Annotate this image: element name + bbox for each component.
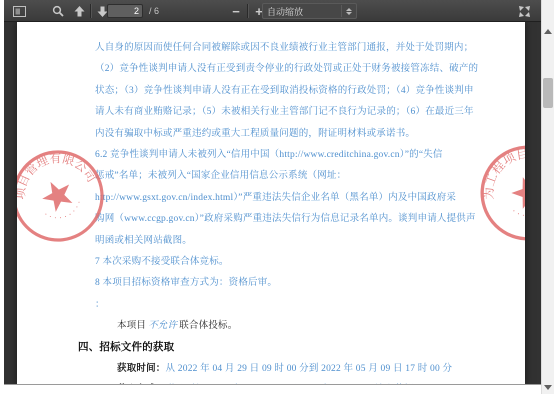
page-up-icon <box>74 6 85 17</box>
presentation-mode-button[interactable] <box>514 2 534 20</box>
acquire-time-label: 获取时间： <box>117 364 166 374</box>
search-button[interactable] <box>48 2 68 20</box>
page-number-input[interactable] <box>107 4 143 18</box>
doc-line: 7 本次采购不接受联合体竞标。 <box>95 252 479 273</box>
doc-line: ： <box>95 295 479 316</box>
zoom-out-label: − <box>232 5 240 18</box>
doc-line-acquire-time: 获取时间：从 2022 年 04 月 29 日 09 时 00 分到 2022 … <box>95 359 479 380</box>
doc-line: 请人未有商业贿赂记录；（5）未被相关行业主管部门记不良行为记录的；（6）在最近三… <box>95 102 479 123</box>
vertical-scrollbar[interactable] <box>541 0 554 394</box>
page-down-icon <box>97 6 108 17</box>
previous-page-button[interactable] <box>69 2 89 20</box>
doc-line: 惩戒”名单；未被列入“国家企业信用信息公示系统（网址： <box>95 166 479 187</box>
allow-suffix: 联合体投标。 <box>179 321 237 331</box>
viewer-bottom-edge <box>4 384 542 385</box>
doc-line: 购网（www.ccgp.gov.cn）”政府采购严重违法失信行为信息记录名单内。… <box>95 209 479 230</box>
scroll-up-button[interactable] <box>542 24 554 38</box>
svg-text:・・・・・・: ・・・・・・ <box>508 199 525 226</box>
doc-line: 内没有骗取中标或严重违约或重大工程质量问题的，附证明材料或承诺书。 <box>95 124 479 145</box>
select-caret-icon <box>341 5 352 17</box>
search-icon <box>52 5 65 18</box>
scrollbar-down-icon <box>544 385 552 390</box>
allow-prefix: 本项目 <box>117 321 146 331</box>
section-heading: 四、招标文件的获取 <box>78 337 479 358</box>
toolbar-separator <box>247 4 248 18</box>
doc-line: 人自身的原因而使任何合同被解除或因不良业绩被行业主管部门通报，并处于处罚期内； <box>95 38 479 59</box>
acquire-time-value: 从 2022 年 04 月 29 日 09 时 00 分到 2022 年 05 … <box>166 364 453 374</box>
doc-line: 8 本项目招标资格审查方式为：资格后审。 <box>95 273 479 294</box>
document-text: 人自身的原因而使任何合同被解除或因不良业绩被行业主管部门通报，并处于处罚期内； … <box>95 38 479 384</box>
sidebar-toggle-button[interactable] <box>9 2 29 20</box>
zoom-scale-value: 自动缩放 <box>267 5 341 18</box>
document-page: 人自身的原因而使任何合同被解除或因不良业绩被行业主管部门通报，并处于处罚期内； … <box>17 22 525 384</box>
sidebar-toggle-icon <box>13 6 26 17</box>
scroll-down-button[interactable] <box>542 380 554 394</box>
scrollbar-up-icon <box>544 29 552 34</box>
doc-line: http://www.gsxt.gov.cn/index.html）”严重违法失… <box>95 188 479 209</box>
allow-emphasis: 不允许 <box>146 321 179 331</box>
doc-line: 明函或相关网站截图。 <box>95 231 479 252</box>
zoom-out-button[interactable]: − <box>226 2 246 20</box>
toolbar-separator <box>90 4 91 18</box>
page-count-label: / 6 <box>149 6 159 16</box>
doc-line: （2）竞争性谈判申请人没有正受到责令停业的行政处罚或正处于财务被接管冻结、破产的 <box>95 59 479 80</box>
doc-line: 状态；（3）竞争性谈判申请人没有正在受到取消投标资格的行政处罚；（4）竞争性谈判… <box>95 81 479 102</box>
pdf-viewer-window: / 6 − + 自动缩放 <box>0 0 554 394</box>
seal-right-band: ・・・・・・ <box>508 199 525 226</box>
doc-line: 6.2 竞争性谈判申请人未被列入“信用中国（http://www.creditc… <box>95 145 479 166</box>
fullscreen-icon <box>518 5 531 18</box>
pdf-viewer: / 6 − + 自动缩放 <box>4 0 542 384</box>
viewer-canvas-area: 人自身的原因而使任何合同被解除或因不良业绩被行业主管部门通报，并处于处罚期内； … <box>4 22 542 384</box>
scrollbar-thumb[interactable] <box>543 78 553 108</box>
doc-line-joint-bid: 本项目不允许联合体投标。 <box>95 316 479 337</box>
viewer-toolbar: / 6 − + 自动缩放 <box>4 0 542 22</box>
zoom-scale-select[interactable]: 自动缩放 <box>262 3 357 19</box>
